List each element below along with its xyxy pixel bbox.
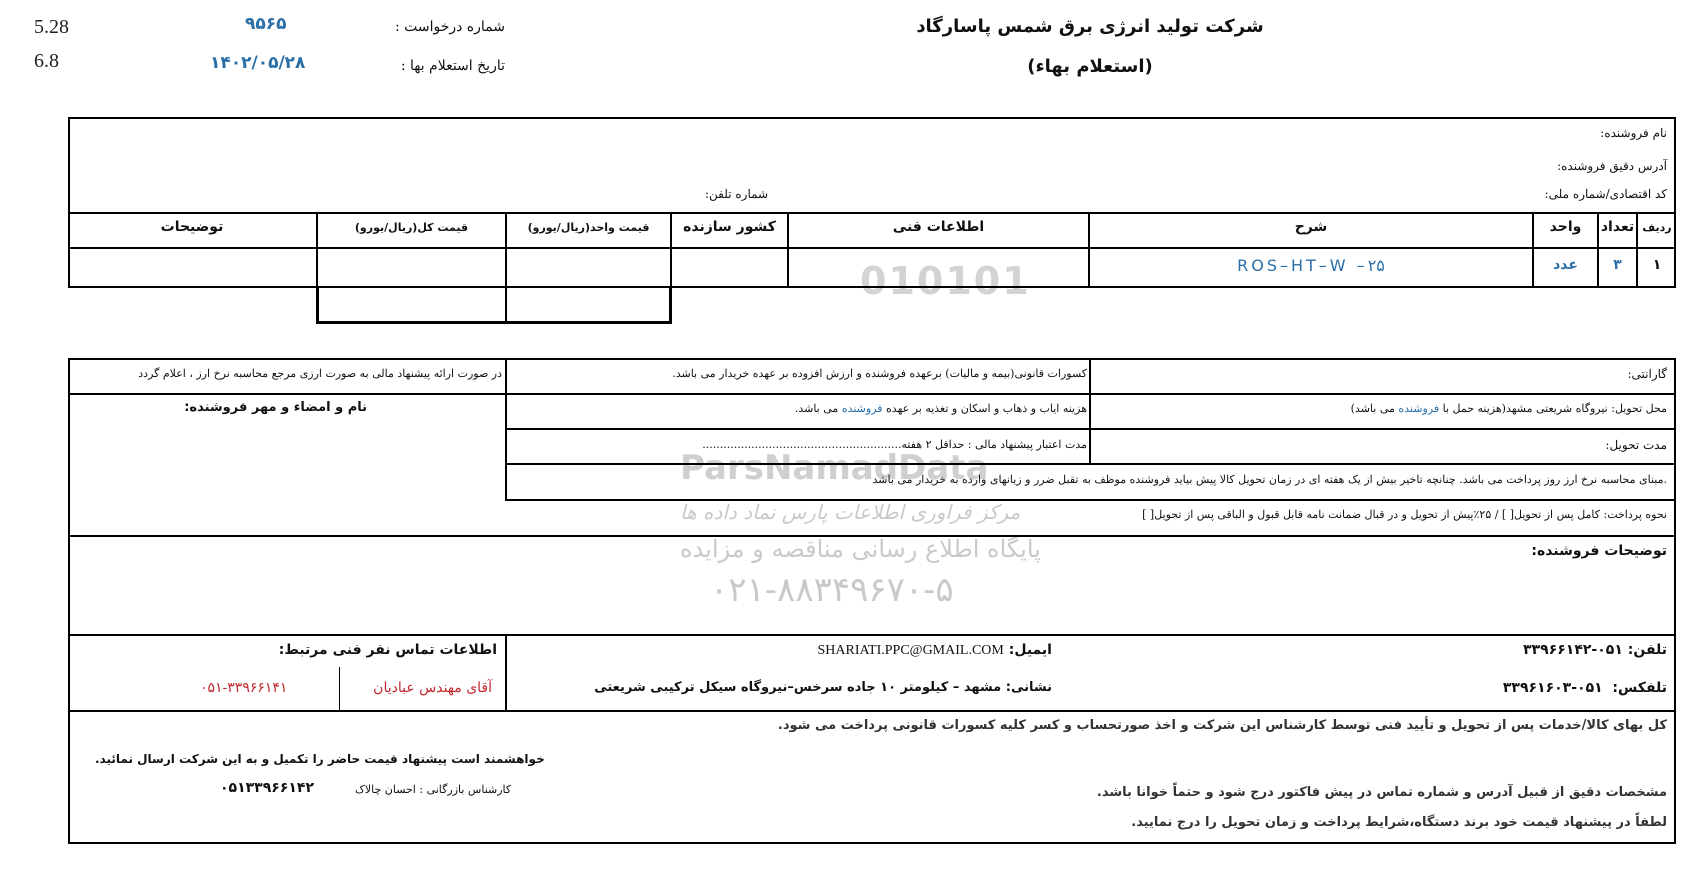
row-line [505,463,1676,465]
side-number-1: 5.28 [34,16,69,39]
document-subtitle: (استعلام بهاء) [960,56,1220,77]
col-header-qty: تعداد [1599,219,1636,235]
cell-unit: عدد [1534,257,1597,273]
seller-notes-box[interactable] [68,535,1676,636]
commercial-phone: ۰۵۱۳۳۹۶۶۱۴۲ [220,780,314,796]
tech-contact-phone: ۰۵۱-۳۳۹۶۶۱۴۱ [200,680,287,696]
col-header-total-price: قیمت کل(ریال/یورو) [318,221,505,234]
col-header-notes: توضیحات [68,219,316,235]
signature-label: نام و امضاء و مهر فروشنده: [184,400,367,415]
request-number-label: شماره درخواست : [380,19,505,35]
request-number: ۹۵۶۵ [245,14,287,34]
col-header-description: شرح [1090,219,1532,235]
exchange-rate-note: .مبنای محاسبه نرخ ارز روز پرداخت می باشد… [873,473,1667,486]
side-number-2: 6.8 [34,50,59,73]
company-title: شرکت تولید انرژی برق شمس پاسارگاد [900,16,1280,37]
delivery-time-label: مدت تحویل: [1605,438,1667,452]
row-line [68,393,505,395]
contact-email: ایمیل: SHARIATI.PPC@GMAIL.COM [817,642,1052,659]
seller-phone-label: شماره تلفن: [705,187,768,201]
contact-phone: تلفن: ۰۵۱-۳۳۹۶۶۱۴۲ [1523,642,1667,658]
row-line [505,499,1676,501]
seller-notes-label: توضیحات فروشنده: [1531,543,1667,559]
col-divider [505,358,507,499]
warranty-label: گارانتی: [1627,367,1667,381]
col-header-row: ردیف [1638,221,1676,234]
travel-cost: هزینه ایاب و ذهاب و اسکان و تغذیه بر عهد… [795,402,1087,415]
seller-name-label: نام فروشنده: [1600,126,1667,140]
total-price-box[interactable] [316,286,672,324]
deductions-text: کسورات قانونی(بیمه و مالیات) برعهده فروش… [672,367,1087,380]
col-header-unit-price: قیمت واحد(ریال/یورو) [507,221,670,234]
footer-request: خواهشمند است پیشنهاد قیمت حاضر را تکمیل … [95,752,545,766]
col-divider [339,667,340,712]
seller-code-label: کد اقتصادی/شماره ملی: [1545,187,1667,201]
seller-address-label: آدرس دقیق فروشنده: [1557,159,1667,173]
table-header-bottom-line [68,247,1676,249]
col-divider [505,286,507,322]
tech-contact-label: اطلاعات تماس نفر فنی مرتبط: [279,642,497,658]
col-header-tech-info: اطلاعات فنی [789,219,1088,235]
col-header-unit: واحد [1534,219,1597,235]
cell-quantity: ۳ [1599,257,1636,273]
commercial-expert: کارشناس بازرگانی : احسان چالاک [355,783,511,796]
col-divider [505,634,507,712]
footer-note-2: مشخصات دقیق از قبیل آدرس و شماره تماس در… [1097,785,1667,800]
footer-note-1: کل بهای کالا/خدمات پس از تحویل و تأیید ف… [778,718,1667,733]
contact-fax: تلفکس: ۰۵۱-۳۳۹۶۱۶۰۳ [1503,680,1667,696]
inquiry-date: ۱۴۰۲/۰۵/۲۸ [210,53,305,73]
col-header-country: کشور سازنده [672,219,787,235]
cell-description: ROS–HT–W –۲۵ [1090,256,1532,275]
footer-note-3: لطفاً در پیشنهاد قیمت خود برند دستگاه،شر… [1131,815,1667,830]
payment-method: نحوه پرداخت: کامل پس از تحویل[ ] / ۲۵٪پی… [1142,508,1667,521]
delivery-place: محل تحویل: نیروگاه شریعتی مشهد(هزینه حمل… [1351,402,1667,415]
table-header-top-line [68,212,1676,214]
contact-address: نشانی: مشهد – کیلومتر ۱۰ جاده سرخس–نیروگ… [594,680,1052,695]
cell-row-number: ۱ [1638,257,1676,273]
col-divider [1089,358,1091,463]
offer-validity: مدت اعتبار پیشنهاد مالی : حداقل ۲ هفته..… [702,438,1087,451]
tech-contact-name: آقای مهندس عبادیان [373,680,492,696]
inquiry-date-label: تاریخ استعلام بها : [380,58,505,74]
currency-note: در صورت ارائه پیشنهاد مالی به صورت ارزی … [138,367,502,380]
